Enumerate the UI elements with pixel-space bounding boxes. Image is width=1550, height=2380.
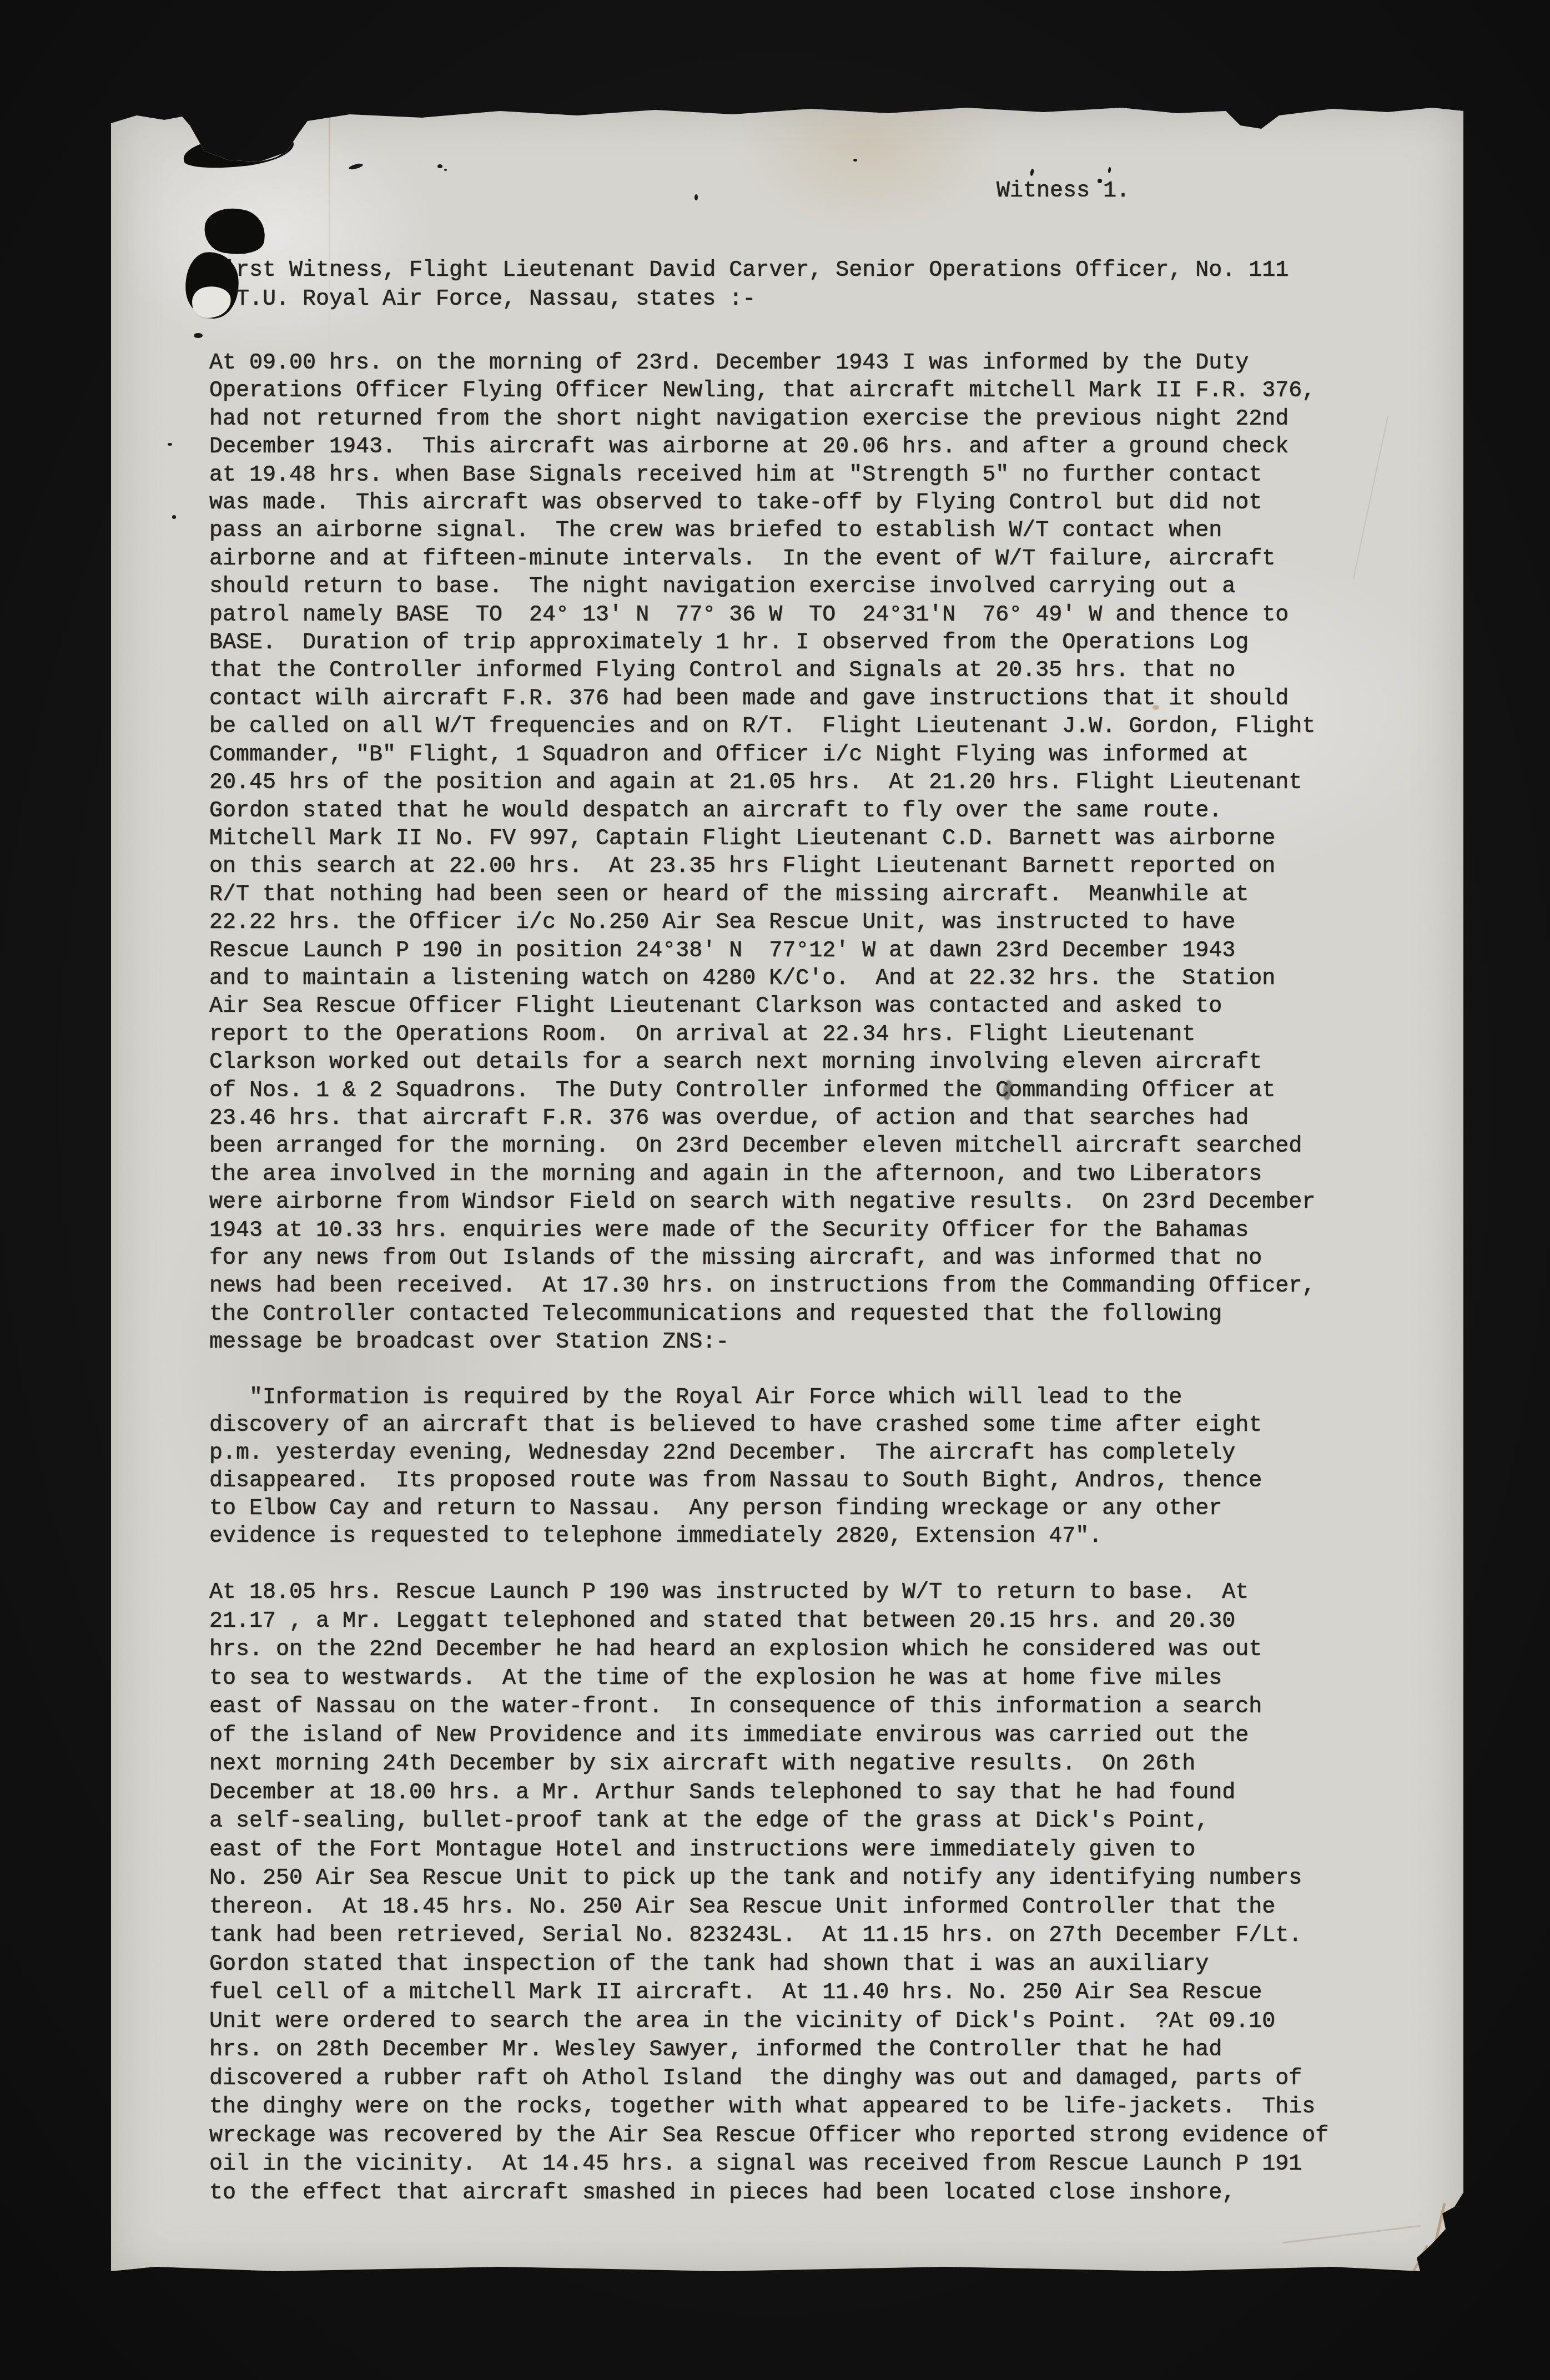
paper-crease-vertical [329,108,330,369]
ink-speck [168,443,172,446]
torn-corner-edge [1432,2203,1446,2250]
ink-speck [1098,179,1102,183]
statement-paragraph-1: At 09.00 hrs. on the morning of 23rd. De… [209,350,1315,1357]
paper-tear-in-smear [239,141,284,164]
ink-speck [194,333,203,338]
paper-scratch-diagonal [1353,416,1388,579]
ink-speck [695,194,698,200]
ink-blot-upper [201,204,268,259]
ink-speck [1030,169,1035,177]
paper-crease-bottom [1283,2225,1421,2243]
ink-speck [348,163,363,170]
stain-dot [1153,705,1159,710]
ink-speck [444,169,447,171]
page-label: Witness 1. [997,178,1130,205]
broadcast-message-paragraph: "Information is required by the Royal Ai… [209,1384,1262,1551]
ink-speck [1108,167,1111,174]
photo-backdrop: Witness 1. First Witness, Flight Lieuten… [0,0,1550,2380]
ink-smear-top [182,131,296,173]
ink-speck [437,164,442,168]
torn-corner-edge [1412,2245,1428,2273]
document-page: Witness 1. First Witness, Flight Lieuten… [111,103,1463,2278]
witness-intro-paragraph: First Witness, Flight Lieutenant David C… [209,256,1289,314]
ink-speck [172,515,176,519]
statement-paragraph-2: At 18.05 hrs. Rescue Launch P 190 was in… [209,1579,1328,2207]
ink-speck [853,159,857,162]
